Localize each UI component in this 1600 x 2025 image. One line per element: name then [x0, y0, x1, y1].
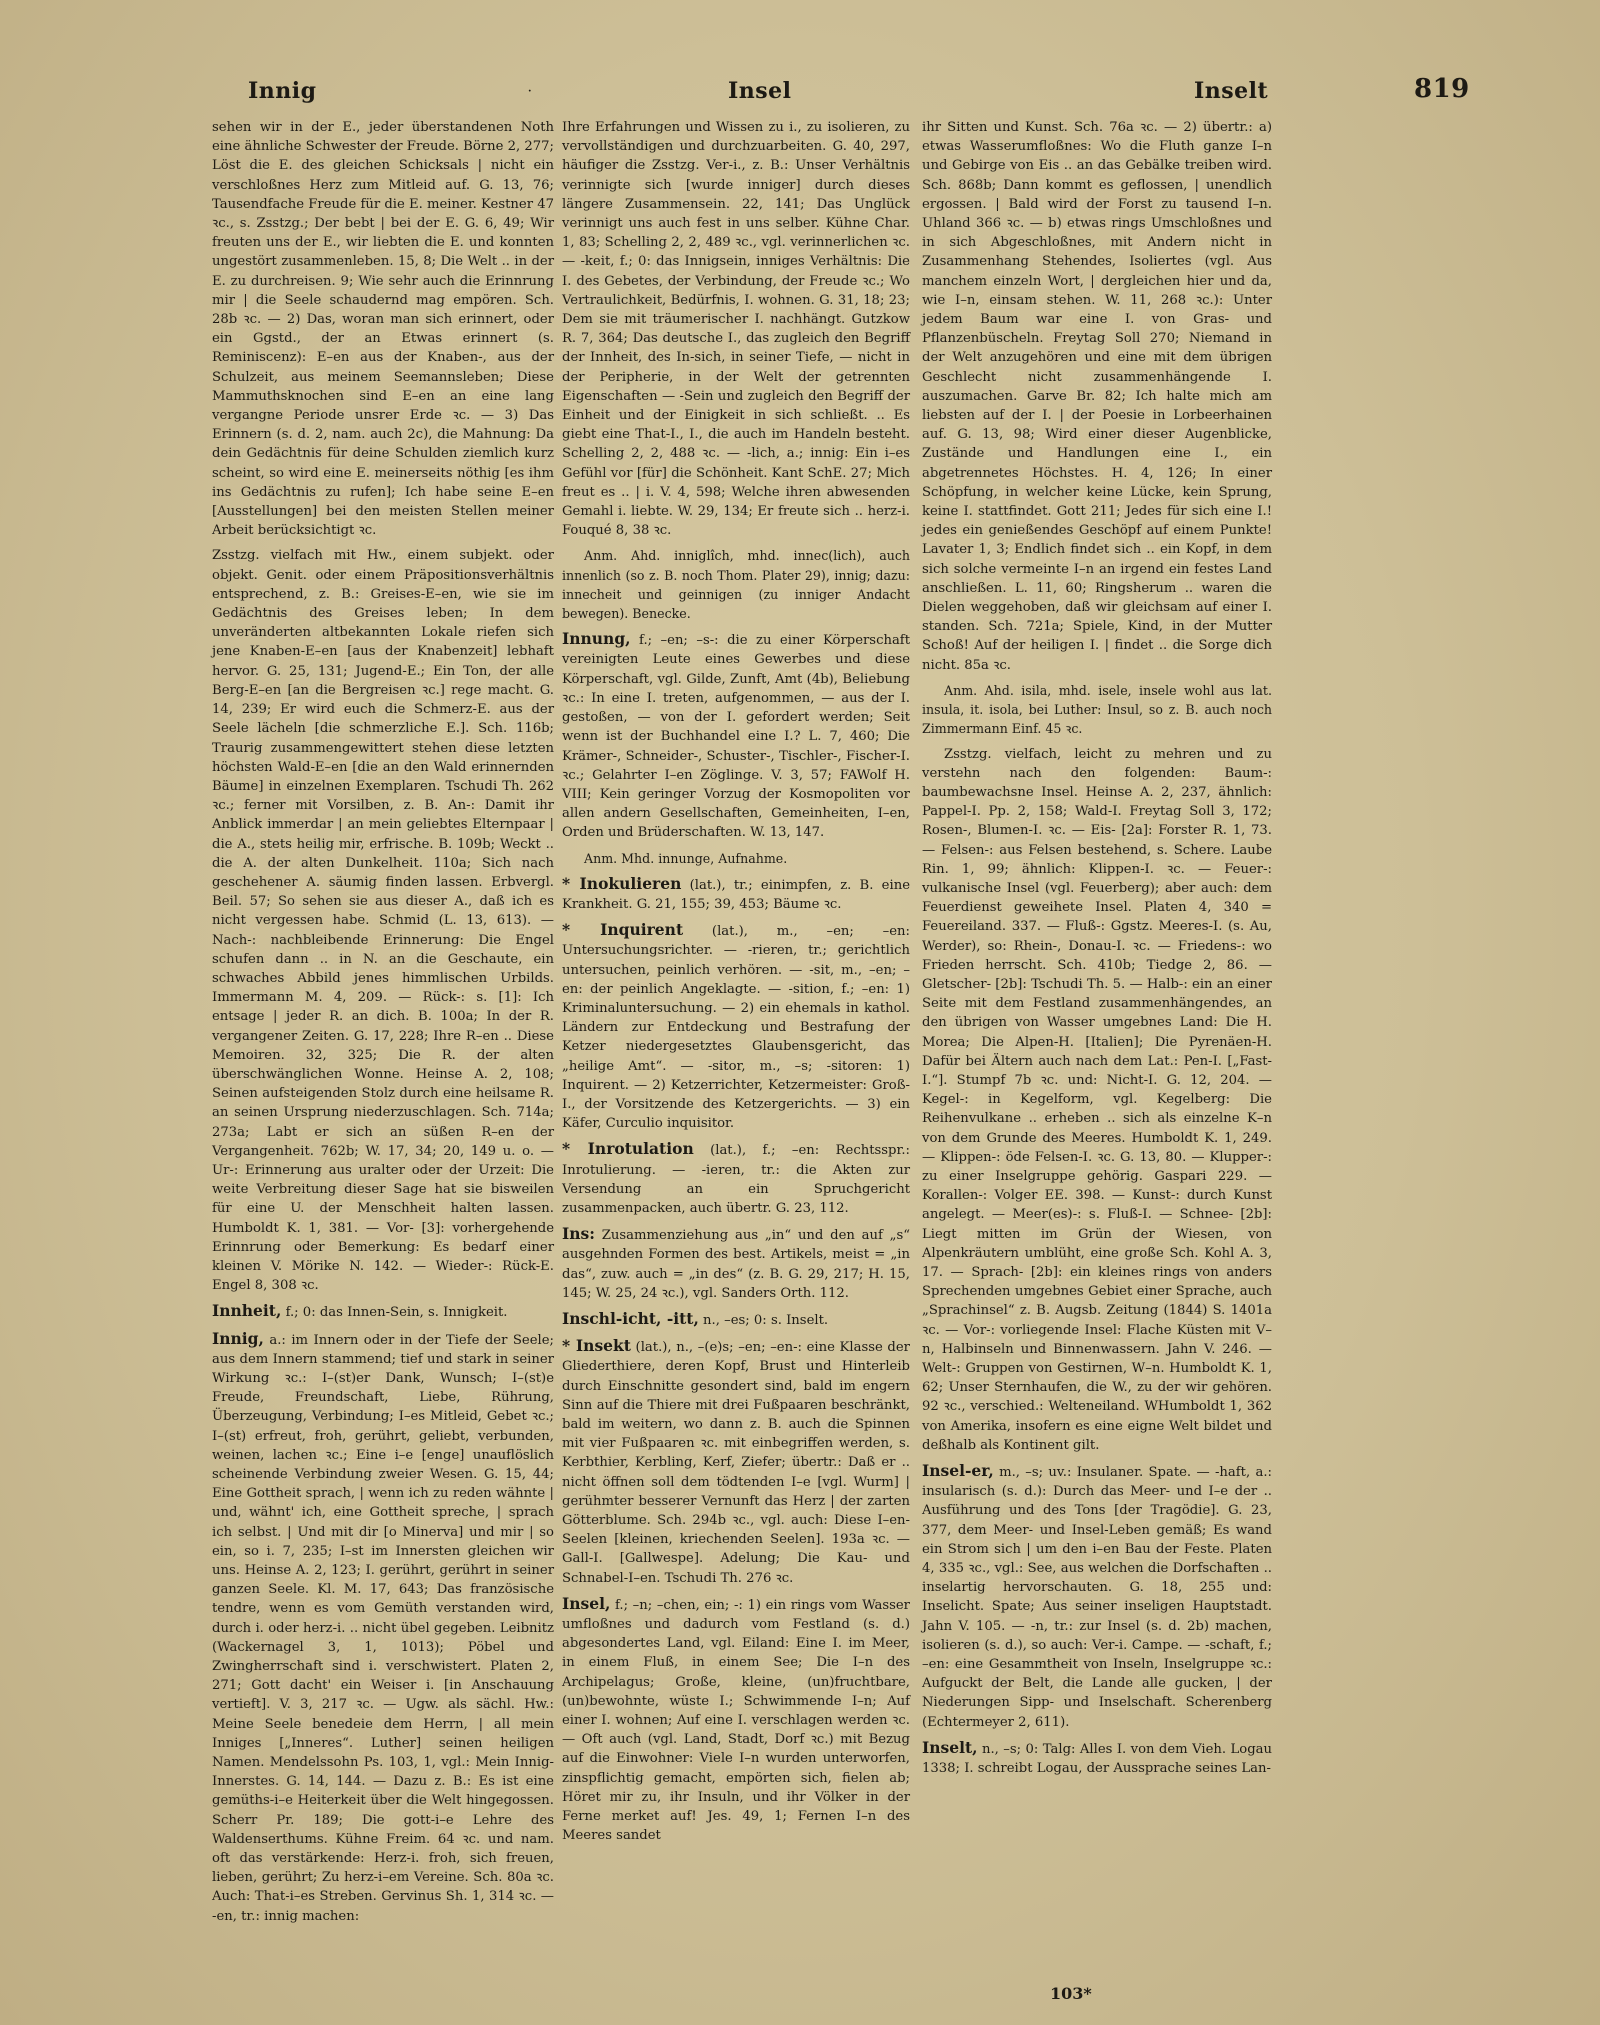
entry-text: sehen wir in der E., jeder überstandenen…: [212, 120, 554, 538]
etymology-note: Anm. Mhd. innunge, Aufnahme.: [562, 849, 910, 868]
entry-text: Ihre Erfahrungen und Wissen zu i., zu is…: [562, 120, 910, 538]
column-middle: Ihre Erfahrungen und Wissen zu i., zu is…: [562, 118, 910, 1851]
etymology-note: Anm. Ahd. inniglîch, mhd. innec(lich), a…: [562, 546, 910, 623]
dictionary-page: Innig · Insel Inselt 819 sehen wir in de…: [0, 0, 1600, 2025]
dictionary-entry: * Insekt (lat.), n., –(e)s; –en; –en-: e…: [562, 1336, 910, 1588]
entry-text: f.; –en; –s-: die zu einer Körperschaft …: [562, 633, 910, 840]
headword: Inselt,: [922, 1738, 978, 1757]
entry-text: a.: im Innern oder in der Tiefe der Seel…: [212, 1333, 554, 1924]
dictionary-entry: Insel, f.; –n; –chen, ein; -: 1) ein rin…: [562, 1594, 910, 1846]
sheet-signature: 103*: [1050, 1984, 1092, 2003]
entry-text: Anm. Ahd. inniglîch, mhd. innec(lich), a…: [562, 548, 910, 621]
headword: Ins:: [562, 1224, 595, 1243]
headword: Innheit,: [212, 1301, 281, 1320]
entry-text: Anm. Mhd. innunge, Aufnahme.: [584, 851, 787, 866]
column-right: ihr Sitten und Kunst. Sch. 76a ꝛc. — 2) …: [922, 118, 1272, 1784]
headword: Insel,: [562, 1594, 610, 1613]
entry-text: (lat.), m., –en; –en: Untersuchungsricht…: [562, 924, 910, 1131]
header-dot: ·: [528, 86, 532, 97]
headword: Insel-er,: [922, 1461, 994, 1480]
headword: * Insekt: [562, 1336, 631, 1355]
entry-text: Zusammenziehung aus „in“ und den auf „s“…: [562, 1228, 910, 1301]
etymology-note: Anm. Ahd. isila, mhd. isele, insele wohl…: [922, 681, 1272, 739]
entry-text: Anm. Ahd. isila, mhd. isele, insele wohl…: [922, 683, 1272, 736]
entry-text: f.; –n; –chen, ein; -: 1) ein rings vom …: [562, 1598, 910, 1843]
entry-text: n., –es; 0: s. Inselt.: [699, 1313, 828, 1328]
dictionary-entry: * Inquirent (lat.), m., –en; –en: Unters…: [562, 920, 910, 1133]
dictionary-entry: Innheit, f.; 0: das Innen-Sein, s. Innig…: [212, 1301, 554, 1322]
entry-text: ihr Sitten und Kunst. Sch. 76a ꝛc. — 2) …: [922, 120, 1272, 673]
headword: Innig,: [212, 1329, 264, 1348]
entry-continuation: ihr Sitten und Kunst. Sch. 76a ꝛc. — 2) …: [922, 118, 1272, 675]
dictionary-entry: Inselt, n., –s; 0: Talg: Alles I. von de…: [922, 1738, 1272, 1778]
entry-text: Zsstzg. vielfach mit Hw., einem subjekt.…: [212, 548, 554, 1293]
dictionary-entry: * Inrotulation (lat.), f.; –en: Rechtssp…: [562, 1139, 910, 1218]
entry-text: m., –s; uv.: Insulaner. Spate. — -haft, …: [922, 1465, 1272, 1730]
running-head-middle: Insel: [728, 78, 792, 104]
running-head-left: Innig: [248, 78, 317, 104]
entry-continuation: sehen wir in der E., jeder überstandenen…: [212, 118, 554, 540]
dictionary-entry: Innung, f.; –en; –s-: die zu einer Körpe…: [562, 629, 910, 842]
dictionary-entry: Insel-er, m., –s; uv.: Insulaner. Spate.…: [922, 1461, 1272, 1732]
headword: * Inquirent: [562, 920, 683, 939]
entry-text: (lat.), n., –(e)s; –en; –en-: eine Klass…: [562, 1340, 910, 1585]
running-head-right: Inselt: [1194, 78, 1268, 104]
page-number: 819: [1414, 74, 1470, 104]
entry-text: Zsstzg. vielfach, leicht zu mehren und z…: [922, 747, 1272, 1453]
entry-continuation: Zsstzg. vielfach mit Hw., einem subjekt.…: [212, 546, 554, 1295]
entry-continuation: Zsstzg. vielfach, leicht zu mehren und z…: [922, 745, 1272, 1456]
dictionary-entry: Ins: Zusammenziehung aus „in“ und den au…: [562, 1224, 910, 1303]
dictionary-entry: Innig, a.: im Innern oder in der Tiefe d…: [212, 1329, 554, 1926]
entry-continuation: Ihre Erfahrungen und Wissen zu i., zu is…: [562, 118, 910, 540]
column-left: sehen wir in der E., jeder überstandenen…: [212, 118, 554, 1932]
headword: * Inokulieren: [562, 874, 681, 893]
entry-text: f.; 0: das Innen-Sein, s. Innigkeit.: [281, 1305, 507, 1320]
headword: Innung,: [562, 629, 631, 648]
headword: * Inrotulation: [562, 1139, 694, 1158]
headword: Inschl-icht, -itt,: [562, 1309, 699, 1328]
dictionary-entry: Inschl-icht, -itt, n., –es; 0: s. Inselt…: [562, 1309, 910, 1330]
dictionary-entry: * Inokulieren (lat.), tr.; einimpfen, z.…: [562, 874, 910, 914]
